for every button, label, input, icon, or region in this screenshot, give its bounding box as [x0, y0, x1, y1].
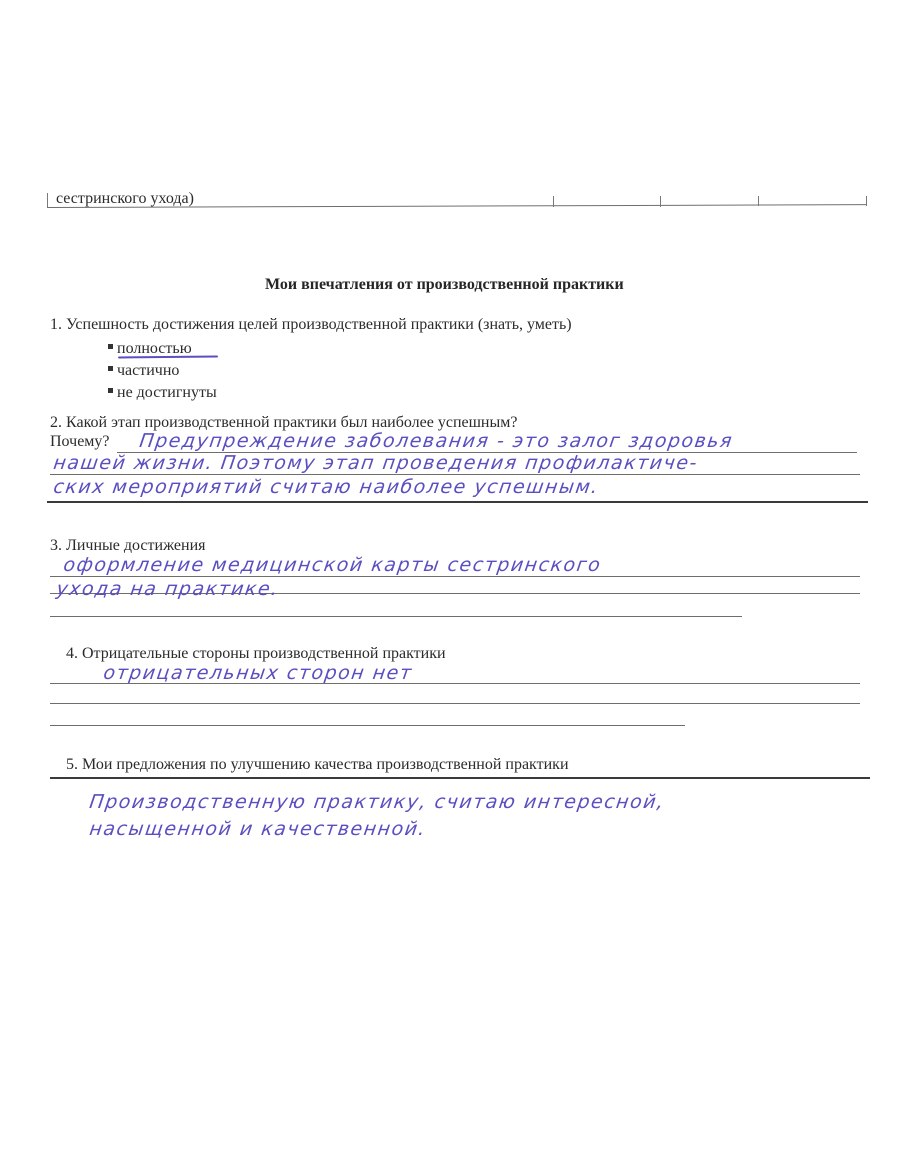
question-1-label: 1. Успешность достижения целей производс…: [50, 316, 572, 334]
option-label: частично: [117, 362, 179, 379]
question-3-answer-line-2[interactable]: ухода на практике.: [55, 578, 280, 600]
answer-line: [50, 616, 742, 617]
page-title: Мои впечатления от производственной прак…: [265, 276, 624, 294]
option-label: полностью: [117, 340, 192, 357]
question-2-answer-line-1[interactable]: Предупреждение заболевания - это залог з…: [138, 430, 735, 452]
question-5-label: 5. Мои предложения по улучшению качества…: [66, 756, 569, 774]
table-cell-text: сестринского ухода): [56, 190, 194, 208]
question-3-label: 3. Личные достижения: [50, 537, 206, 555]
option-label: не достигнуты: [117, 384, 217, 401]
option-not-achieved[interactable]: не достигнуты: [108, 384, 217, 406]
answer-line: [47, 501, 868, 503]
question-5-answer-line-2[interactable]: насыщенной и качественной.: [88, 818, 428, 840]
table-right-border: [866, 196, 867, 206]
table-column-divider: [553, 196, 554, 207]
bullet-icon: [108, 388, 113, 393]
question-5-answer-line-1[interactable]: Производственную практику, считаю интере…: [88, 791, 666, 813]
answer-line: [50, 703, 860, 704]
option-partially[interactable]: частично: [108, 362, 217, 384]
question-2-answer-line-3[interactable]: ских мероприятий считаю наиболее успешны…: [52, 476, 600, 498]
table-column-divider: [758, 196, 759, 206]
answer-line: [50, 576, 860, 577]
answer-line: [50, 777, 870, 779]
bullet-icon: [108, 366, 113, 371]
answer-line: [50, 725, 685, 726]
question-3-answer-line-1[interactable]: оформление медицинской карты сестринског…: [62, 554, 603, 576]
table-column-divider: [660, 196, 661, 207]
answer-line: [50, 474, 860, 475]
question-4-label: 4. Отрицательные стороны производственно…: [66, 645, 446, 663]
question-4-answer-line-1[interactable]: отрицательных сторон нет: [102, 662, 414, 684]
table-left-border: [47, 193, 48, 208]
bullet-icon: [108, 344, 113, 349]
question-2-answer-line-2[interactable]: нашей жизни. Поэтому этап проведения про…: [52, 452, 699, 474]
question-2-why-label: Почему?: [50, 433, 110, 451]
question-1-options: полностью частично не достигнуты: [108, 340, 217, 406]
option-fully[interactable]: полностью: [108, 340, 217, 362]
